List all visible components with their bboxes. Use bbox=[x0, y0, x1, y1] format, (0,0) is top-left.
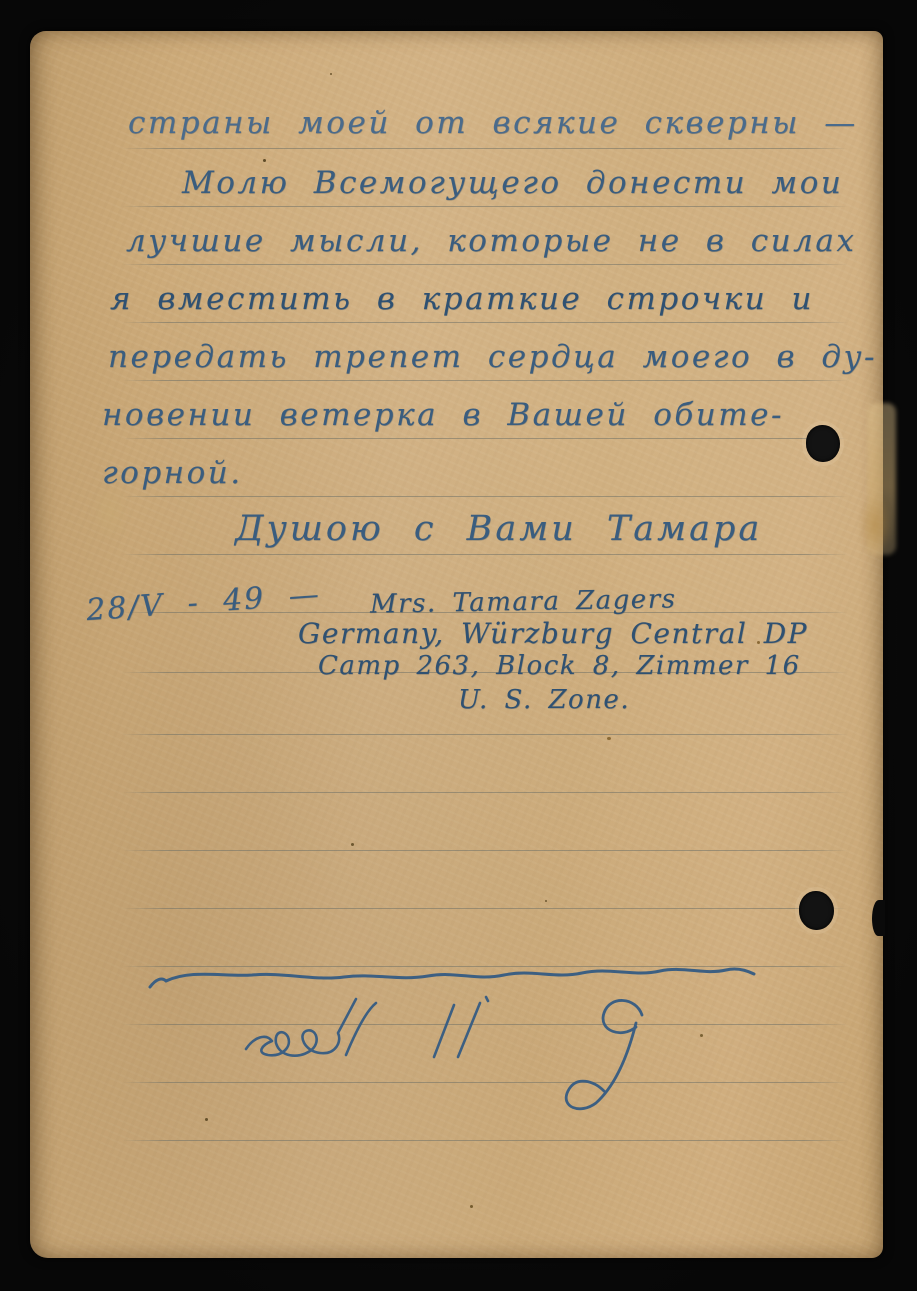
edge-notch bbox=[872, 900, 885, 936]
handwritten-line-7: горной. bbox=[102, 455, 243, 491]
handwritten-line-3: лучшие мысли, которые не в силах bbox=[126, 223, 856, 259]
wavy-flourish bbox=[146, 961, 758, 995]
valediction-line: Душою с Вами Тамара bbox=[235, 509, 762, 549]
handwritten-line-2: Молю Всемогущего донести мои bbox=[182, 165, 843, 201]
scanned-letter: страны моей от всякие скверны — Молю Все… bbox=[0, 0, 917, 1291]
inverted-signature bbox=[238, 993, 688, 1118]
ruled-line bbox=[122, 322, 848, 323]
punch-hole bbox=[806, 425, 840, 462]
address-line-3: Camp 263, Block 8, Zimmer 16 bbox=[318, 651, 801, 681]
handwritten-line-5: передать трепет сердца моего в ду- bbox=[108, 339, 877, 375]
ruled-line bbox=[122, 792, 848, 793]
ruled-line bbox=[122, 554, 848, 555]
ruled-line bbox=[122, 850, 848, 851]
amber-stain bbox=[858, 493, 892, 559]
ruled-line bbox=[122, 264, 848, 265]
handwritten-line-4: я вместить в краткие строчки и bbox=[110, 281, 814, 317]
address-line-4: U. S. Zone. bbox=[458, 685, 630, 715]
handwritten-line-1: страны моей от всякие скверны — bbox=[128, 105, 858, 141]
ruled-line bbox=[122, 438, 848, 439]
ruled-line bbox=[122, 496, 848, 497]
ruled-line bbox=[122, 1140, 848, 1141]
ruled-line bbox=[122, 148, 848, 149]
address-line-2: Germany, Würzburg Central DP bbox=[298, 617, 808, 650]
tape-stain bbox=[868, 403, 896, 555]
ruled-line bbox=[122, 380, 848, 381]
paper-smudge bbox=[90, 483, 130, 543]
date-notation: 28/V - 49 — bbox=[85, 577, 322, 628]
ruled-line bbox=[122, 206, 848, 207]
punch-hole bbox=[799, 891, 834, 930]
ruled-line bbox=[122, 734, 848, 735]
letter-page: страны моей от всякие скверны — Молю Все… bbox=[30, 31, 883, 1258]
handwritten-line-6: новении ветерка в Вашей обите- bbox=[102, 397, 784, 433]
ruled-line bbox=[122, 908, 848, 909]
address-line-1: Mrs. Tamara Zagers bbox=[370, 584, 677, 619]
